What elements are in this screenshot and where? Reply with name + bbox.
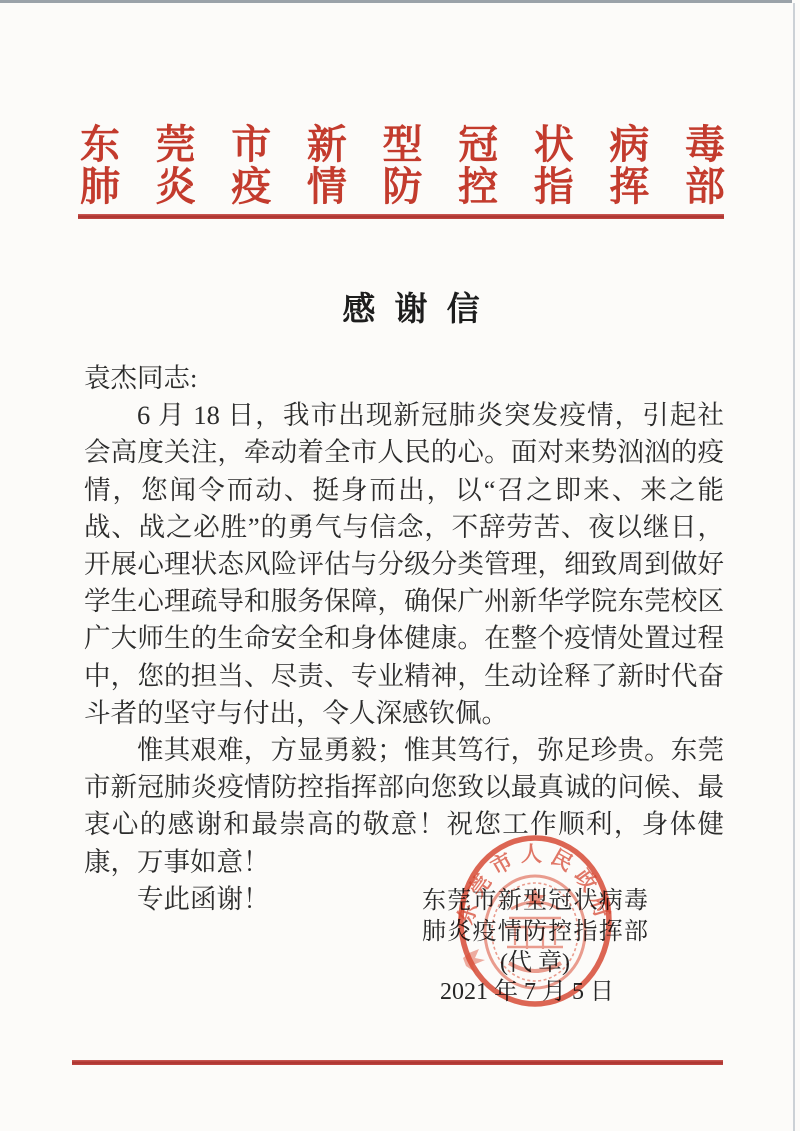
salutation: 袁杰同志:	[84, 360, 724, 397]
letterhead-line-2: 肺炎疫情防控指挥部	[80, 166, 725, 208]
letterhead-divider	[78, 214, 724, 219]
letter-page: 东莞市新型冠状病毒 肺炎疫情防控指挥部 感谢信 袁杰同志: 6 月 18 日，我…	[0, 0, 800, 1131]
footer-divider	[72, 1060, 723, 1065]
letterhead-line-1: 东莞市新型冠状病毒	[80, 124, 725, 166]
signature-date: 2021 年 7 月 5 日	[414, 977, 640, 1008]
paragraph-1: 6 月 18 日，我市出现新冠肺炎突发疫情，引起社会高度关注，牵动着全市人民的心…	[84, 397, 724, 732]
letter-title-wrap: 感谢信	[11, 283, 800, 330]
signature-org-line-2: 肺炎疫情防控指挥部	[422, 917, 648, 948]
signature-seal-note: (代 章)	[422, 948, 648, 979]
paragraph-2: 惟其艰难，方显勇毅；惟其笃行，弥足珍贵。东莞市新冠肺炎疫情防控指挥部向您致以最真…	[84, 732, 724, 881]
letter-body: 袁杰同志: 6 月 18 日，我市出现新冠肺炎突发疫情，引起社会高度关注，牵动着…	[84, 360, 724, 918]
scan-edge-right	[793, 3, 795, 1131]
signature-org-line-1: 东莞市新型冠状病毒	[422, 886, 648, 917]
signature-block: 东莞市新型冠状病毒 肺炎疫情防控指挥部 (代 章) 2021 年 7 月 5 日	[422, 886, 648, 1008]
letterhead: 东莞市新型冠状病毒 肺炎疫情防控指挥部	[80, 124, 725, 208]
scan-edge-top	[0, 0, 792, 3]
letter-title: 感谢信	[323, 292, 499, 328]
